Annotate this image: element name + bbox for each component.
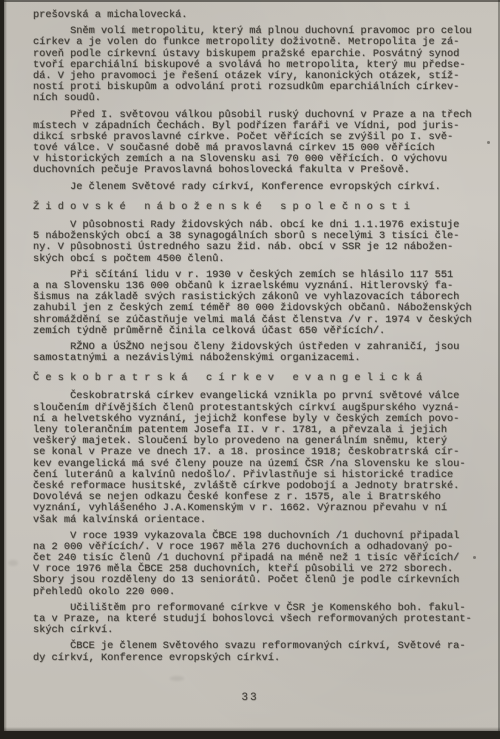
text-line: zahubil jen z českých zemí téměř 80 000 … [33,303,474,314]
paragraph: Je členem Světové rady církví, Konferenc… [33,182,474,193]
paragraph: V působnosti Rady židovských náb. obcí k… [33,220,474,265]
text-line: Sbory jsou rozděleny do 13 seniorátů. Po… [33,575,474,586]
paragraph: RŽNO a ÚSŽNO nejsou členy židovských úst… [33,342,474,364]
scanned-document-page: prešovská a michalovecká. Sněm volí metr… [0,0,500,739]
text-line: duchovních pečuje Pravoslavná bohoslovec… [33,165,474,176]
paragraph: Při sčítání lidu v r. 1930 v českých zem… [33,270,474,337]
text-line: vyznání, vyhlášeného J.A.Komenským v r. … [33,503,474,514]
paragraph: ČBCE je členem Světového svazu reformova… [33,641,474,663]
text-line: ních soudů. [33,93,474,104]
text-line: ských obcí s počtem 4500 členů. [33,254,474,265]
text-line: ČBCE je členem Světového svazu reformova… [33,641,474,652]
text-line: však má kalvínská orientace. [33,515,474,526]
scan-artifact [170,676,184,681]
section-heading: Ž i d o v s k é n á b o ž e n s k é s p … [33,202,474,213]
section-heading: Č e s k o b r a t r s k á c í r k e v e … [33,373,474,384]
scan-edge-bottom [0,731,500,739]
text-line: Před I. světovou válkou působil ruský du… [33,110,474,121]
text-line: se konal v Praze ve dnech 17. a 18. pros… [33,447,474,458]
paragraph: Před I. světovou válkou působil ruský du… [33,110,474,177]
paragraph: Českobratrská církev evangelická vznikla… [33,391,474,525]
scan-edge-left-shadow [4,0,7,739]
text-line: Ž i d o v s k é n á b o ž e n s k é s p … [33,202,474,213]
paragraph: prešovská a michalovecká. [33,10,474,21]
text-line: Č e s k o b r a t r s k á c í r k e v e … [33,373,474,384]
text-line: dy církví, Konference evropských církví. [33,653,474,664]
text-line: přehledů okolo 220 000. [33,587,474,598]
scan-artifact [473,556,476,559]
text-line: ských církví. [33,625,474,636]
scan-artifact [487,141,490,144]
scan-edge-top [0,0,500,2]
scan-artifact [8,560,18,566]
paragraph: V roce 1939 vykazovala ČBCE 198 duchovní… [33,531,474,598]
text-line: samostatnými a nezávislými náboženskými … [33,353,474,364]
text-line: Českobratrská církev evangelická vznikla… [33,391,474,402]
document-text: prešovská a michalovecká. Sněm volí metr… [33,10,474,669]
scan-edge-bottom-shadow [0,727,500,731]
text-line: ny. V působnosti Ústredného sazu žid. ná… [33,242,474,253]
text-line: shromáždění se zúčastňuje velmi malá čás… [33,315,474,326]
paragraph: Sněm volí metropolitu, který má plnou du… [33,26,474,104]
text-line: církev a je volen do funkce metropolity … [33,37,474,48]
paragraph: Učilištěm pro reformované církve v ČSR j… [33,603,474,637]
text-line: prešovská a michalovecká. [33,10,474,21]
text-line: Je členem Světové rady církví, Konferenc… [33,182,474,193]
text-line: zemích týdně průměrně činila celková úča… [33,326,474,337]
page-number: 33 [0,692,500,704]
